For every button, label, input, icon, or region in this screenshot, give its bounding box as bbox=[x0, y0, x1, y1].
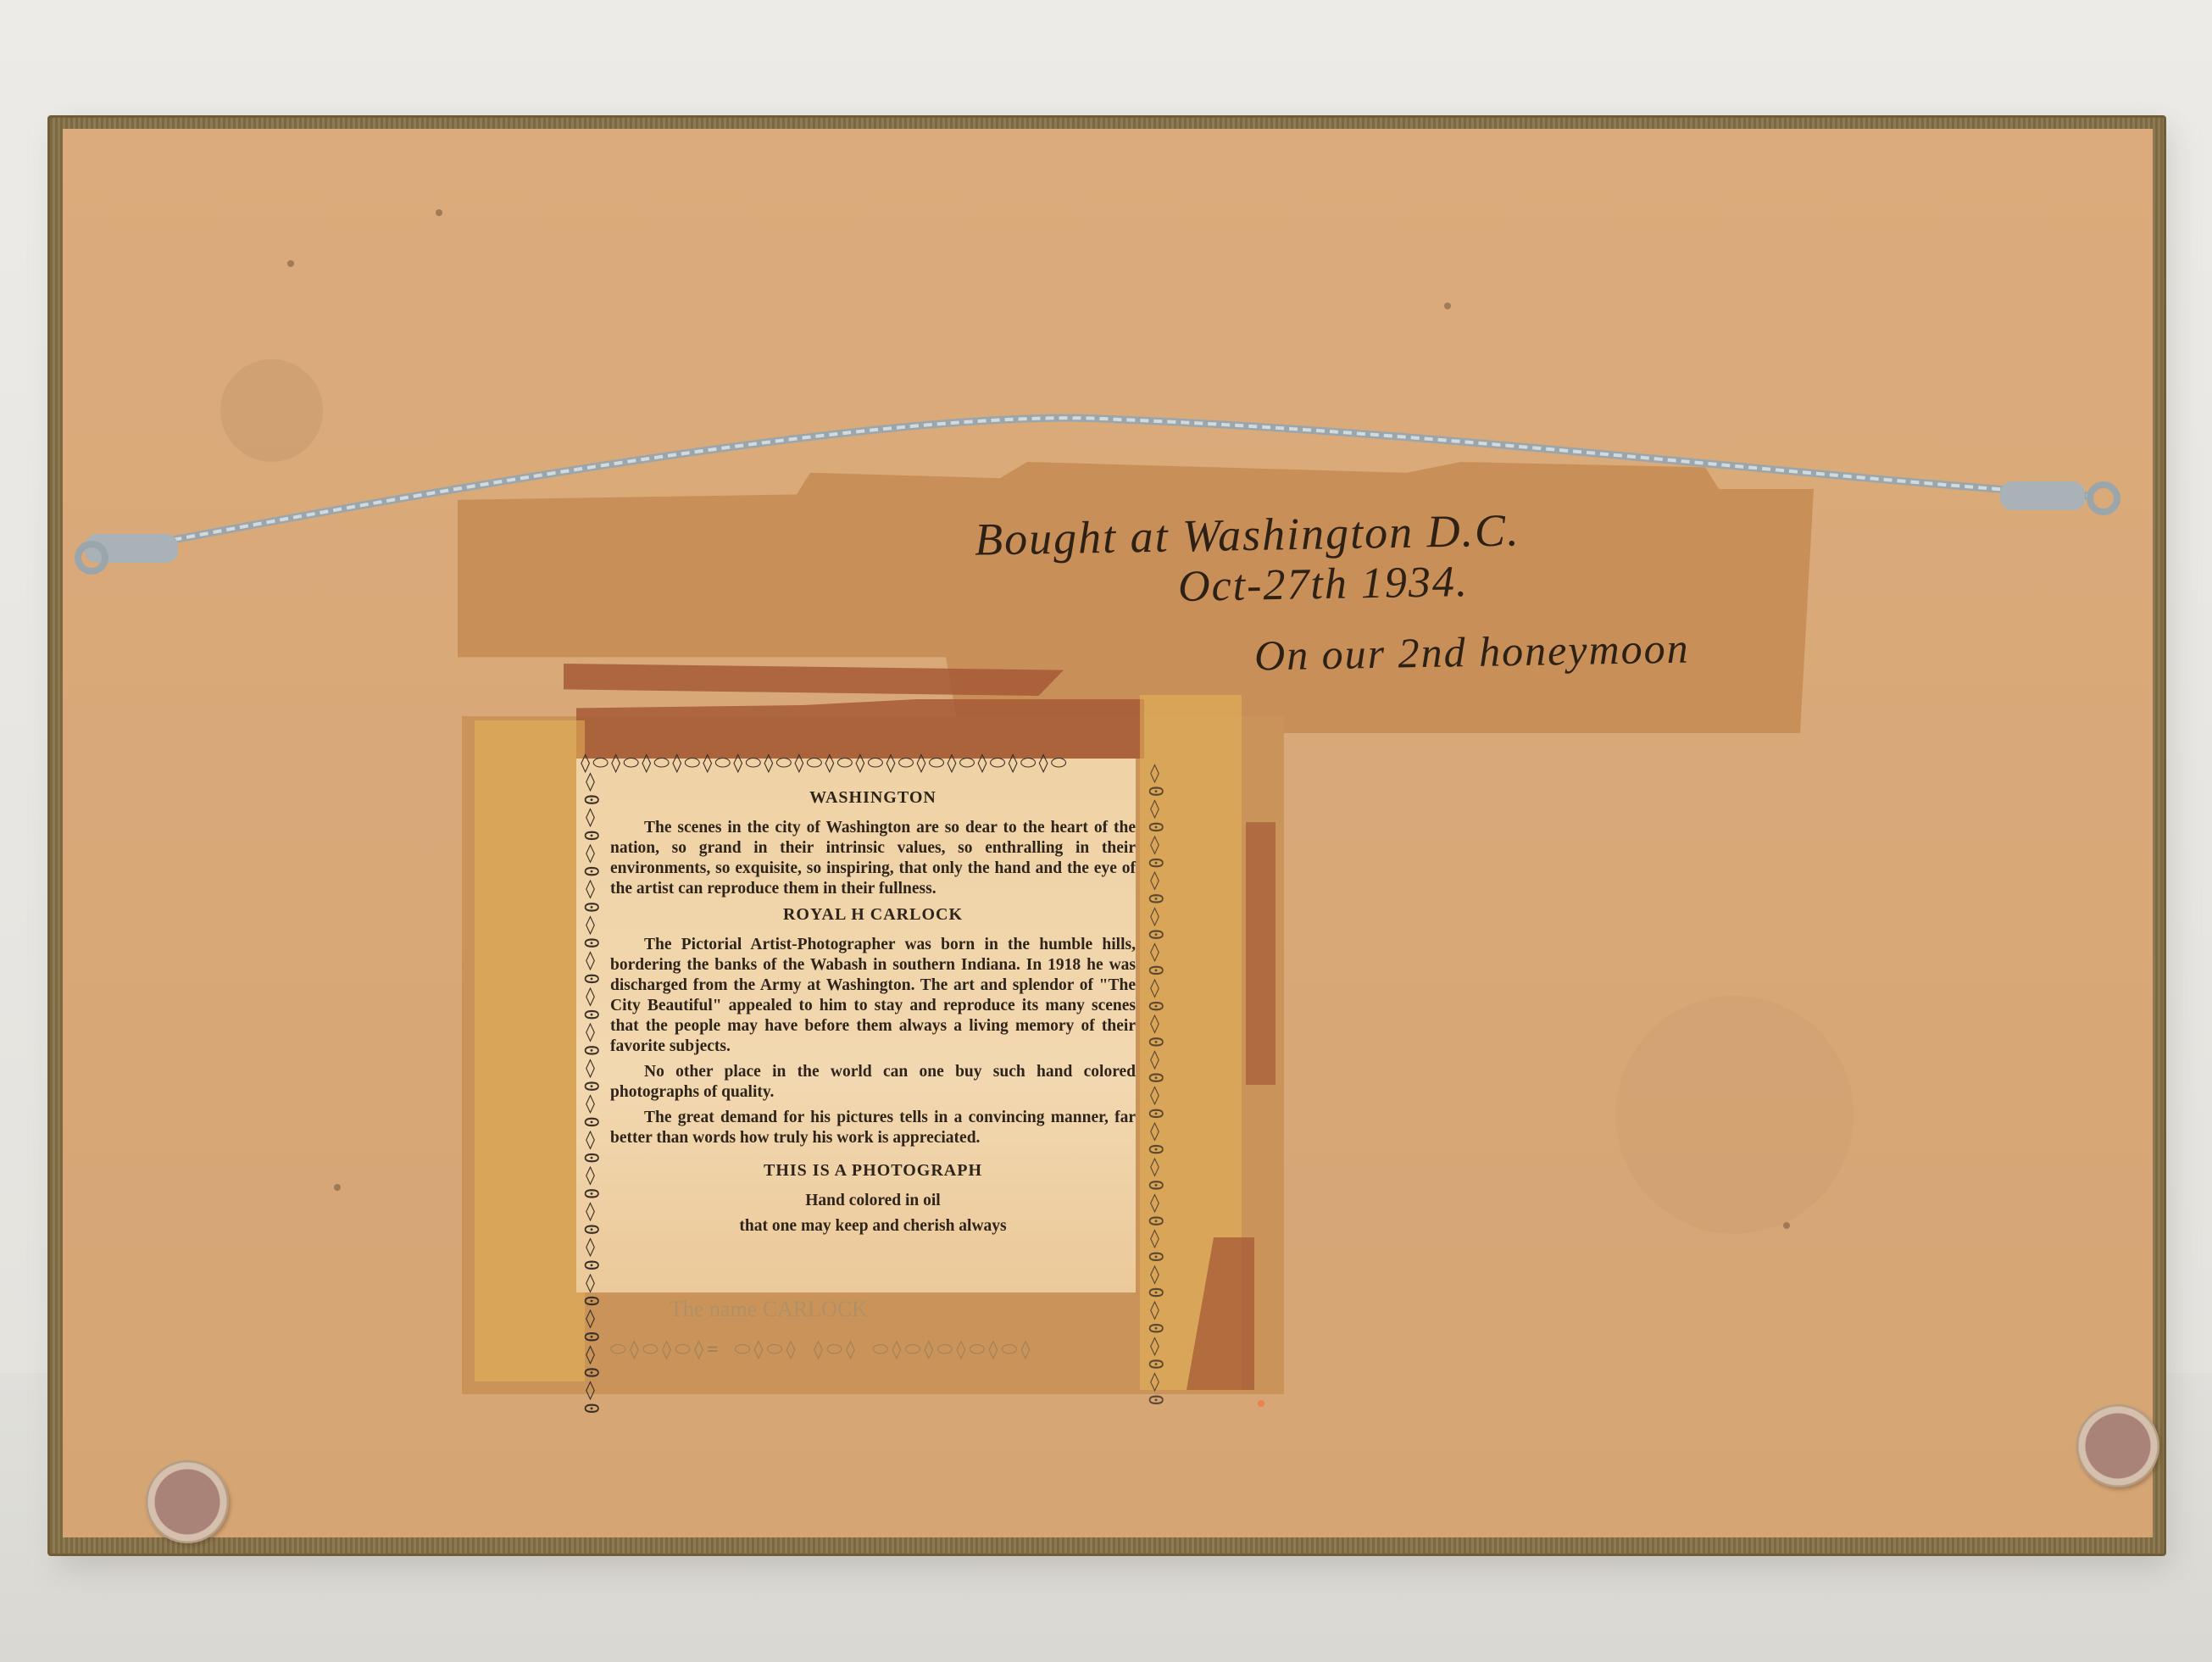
wire-loop-left-icon bbox=[78, 534, 178, 571]
bumper-bottom-left bbox=[146, 1460, 229, 1543]
wire-loop-right-icon bbox=[2000, 481, 2117, 512]
bumper-bottom-right bbox=[2076, 1404, 2159, 1487]
hanging-wire bbox=[0, 0, 2212, 1662]
